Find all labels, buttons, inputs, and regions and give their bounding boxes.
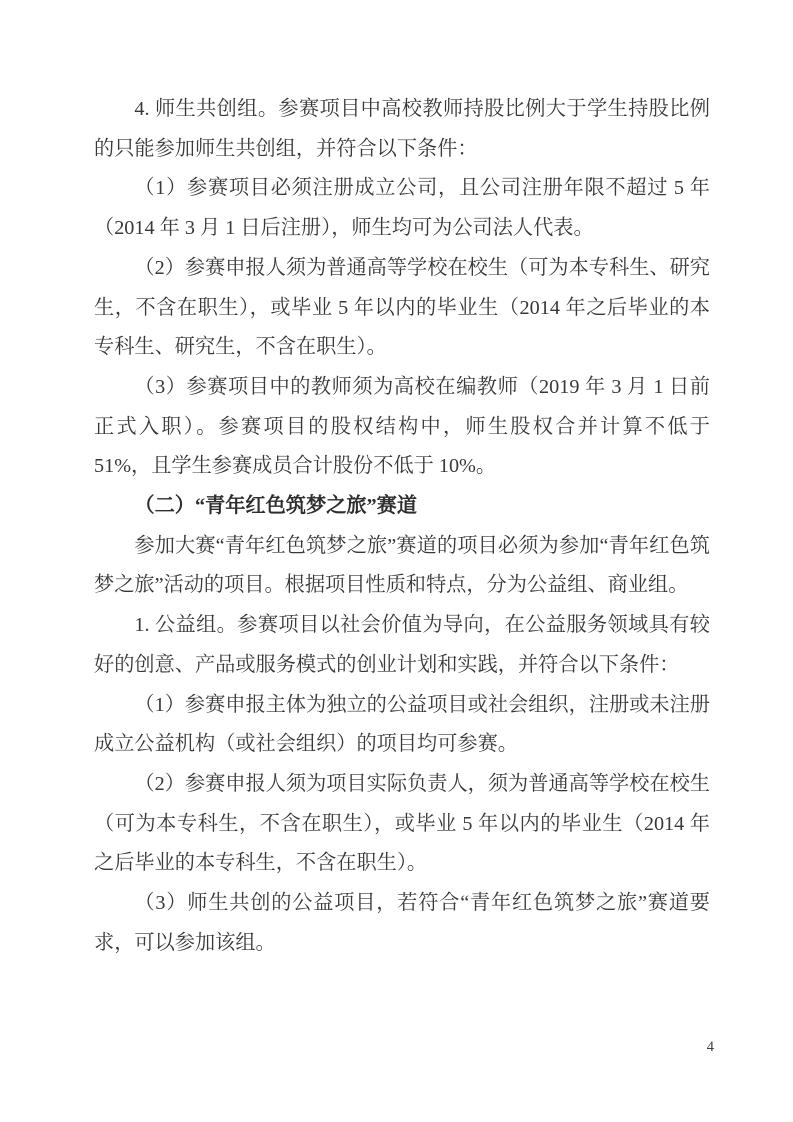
paragraph-item3-teacher-student-public-welfare: （3）师生共创的公益项目，若符合“青年红色筑梦之旅”赛道要求，可以参加该组。: [94, 884, 710, 963]
paragraph-item1-public-welfare-entity: （1）参赛申报主体为独立的公益项目或社会组织，注册或未注册成立公益机构（或社会组…: [94, 686, 710, 765]
paragraph-item3-teacher-equity-rules: （3）参赛项目中的教师须为高校在编教师（2019 年 3 月 1 日前正式入职）…: [94, 368, 710, 487]
paragraph-teacher-student-group-intro: 4. 师生共创组。参赛项目中高校教师持股比例大于学生持股比例的只能参加师生共创组…: [94, 90, 710, 169]
paragraph-item1-company-registration: （1）参赛项目必须注册成立公司，且公司注册年限不超过 5 年（2014 年 3 …: [94, 169, 710, 248]
paragraph-red-dream-track-intro: 参加大赛“青年红色筑梦之旅”赛道的项目必须为参加“青年红色筑梦之旅”活动的项目。…: [94, 527, 710, 606]
paragraph-item2-project-leader-eligibility: （2）参赛申报人须为项目实际负责人，须为普通高等学校在校生（可为本专科生，不含在…: [94, 765, 710, 884]
document-body: 4. 师生共创组。参赛项目中高校教师持股比例大于学生持股比例的只能参加师生共创组…: [94, 90, 710, 963]
document-page: 4. 师生共创组。参赛项目中高校教师持股比例大于学生持股比例的只能参加师生共创组…: [0, 0, 793, 1122]
paragraph-public-welfare-group-intro: 1. 公益组。参赛项目以社会价值为导向，在公益服务领域具有较好的创意、产品或服务…: [94, 606, 710, 685]
heading-red-dream-journey-track: （二）“青年红色筑梦之旅”赛道: [94, 487, 710, 527]
page-number: 4: [707, 1038, 714, 1056]
paragraph-item2-applicant-eligibility: （2）参赛申报人须为普通高等学校在校生（可为本专科生、研究生，不含在职生），或毕…: [94, 249, 710, 368]
